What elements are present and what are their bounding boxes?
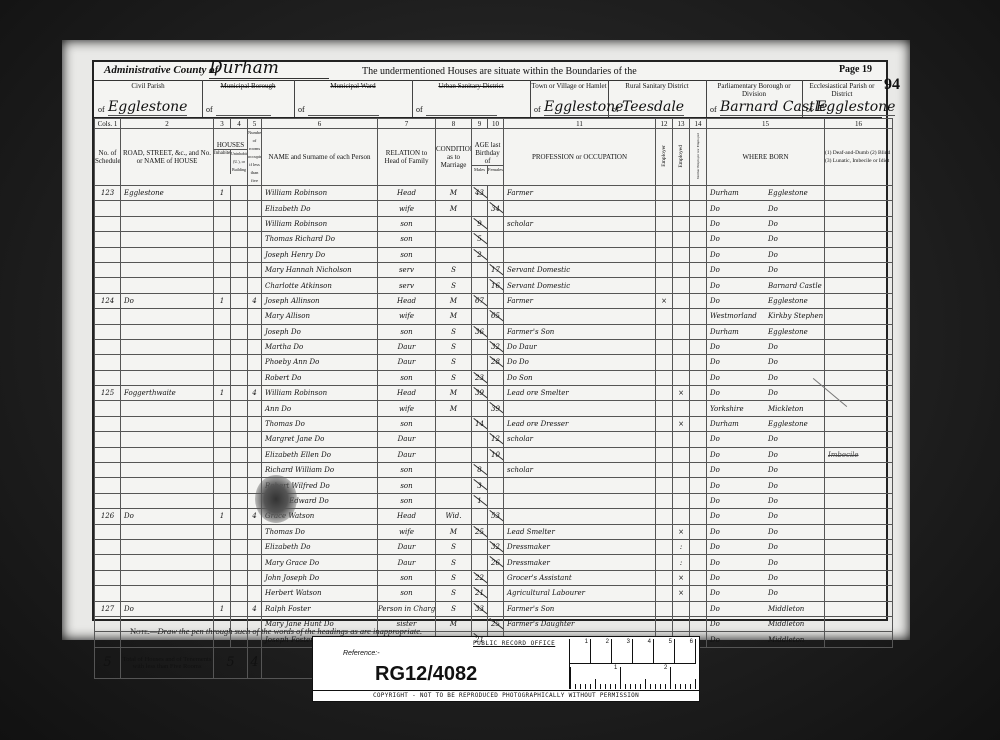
- birth-place: Do: [768, 512, 778, 520]
- birthplace: DoDo: [707, 539, 825, 554]
- male-age: [472, 555, 488, 570]
- relation: serv: [378, 278, 436, 293]
- record-office-label: PUBLIC RECORD OFFICE: [473, 640, 555, 647]
- relation: Daur: [378, 432, 436, 447]
- neither: [690, 309, 707, 324]
- schedule-number: [95, 524, 121, 539]
- male-age-value: 23: [475, 374, 484, 382]
- person-name: Martha Do: [262, 339, 378, 354]
- person-name: William Robinson: [262, 386, 378, 401]
- district-label: Parliamentary Borough or Division: [706, 82, 802, 98]
- female-age-value: 16: [491, 282, 500, 290]
- employer: [656, 416, 673, 431]
- ruler-cm-label: 2: [664, 665, 667, 671]
- district-of-label: of: [710, 105, 717, 114]
- ruler-inch-mark: 1: [570, 639, 591, 663]
- relation: son: [378, 586, 436, 601]
- infirmity: [825, 186, 893, 201]
- employed: [673, 247, 690, 262]
- birth-place: Do: [768, 497, 778, 505]
- infirmity: [825, 309, 893, 324]
- neither: [690, 493, 707, 508]
- uninhabited: [231, 386, 248, 401]
- ruler-tick: [625, 684, 626, 689]
- occupation: Lead Smelter: [504, 524, 656, 539]
- birthplace: DurhamEgglestone: [707, 186, 825, 201]
- ruler-tick: [600, 684, 601, 689]
- birth-county: Do: [710, 559, 768, 567]
- neither: [690, 201, 707, 216]
- column-number: 3: [214, 119, 231, 129]
- female-age: 25: [488, 616, 504, 631]
- rooms: [248, 524, 262, 539]
- infirmity: [825, 570, 893, 585]
- occupation: [504, 201, 656, 216]
- ruler-tick: [590, 684, 591, 689]
- inhabited: [214, 339, 231, 354]
- schedule-number: [95, 616, 121, 631]
- employer: [656, 324, 673, 339]
- condition: S: [436, 539, 472, 554]
- employed: [673, 216, 690, 231]
- table-row: Thomas Richard Doson5DoDo: [95, 232, 893, 247]
- birth-county: Do: [710, 543, 768, 551]
- employed: [673, 370, 690, 385]
- person-name: Elizabeth Ellen Do: [262, 447, 378, 462]
- road-name: [121, 570, 214, 585]
- schedule-number: 123: [95, 186, 121, 201]
- road-name: [121, 447, 214, 462]
- female-age: 53: [488, 509, 504, 524]
- male-age: [472, 539, 488, 554]
- ruler-tick: [630, 684, 631, 689]
- occupation: Dressmaker: [504, 539, 656, 554]
- road-name: [121, 216, 214, 231]
- birth-place: Middleton: [768, 636, 804, 644]
- condition: [436, 247, 472, 262]
- admin-county-label: Administrative County of: [104, 64, 218, 76]
- infirmity: [825, 463, 893, 478]
- uninhabited: [231, 232, 248, 247]
- female-age: 32: [488, 539, 504, 554]
- schedule-number: [95, 232, 121, 247]
- uninhabited: [231, 216, 248, 231]
- road-name: [121, 201, 214, 216]
- birthplace: DurhamEgglestone: [707, 324, 825, 339]
- occupation: Do Do: [504, 355, 656, 370]
- ruler-tick: [605, 684, 606, 689]
- infirmity: [825, 401, 893, 416]
- ruler-tick: [675, 684, 676, 689]
- person-name: Ralph Foster: [262, 601, 378, 616]
- female-age-value: 39: [491, 405, 500, 413]
- condition: S: [436, 570, 472, 585]
- table-row: 125Foggerthwaite14William RobinsonHeadM3…: [95, 386, 893, 401]
- inhabited: [214, 355, 231, 370]
- road-name: [121, 355, 214, 370]
- neither: [690, 570, 707, 585]
- district-label: Municipal Borough: [202, 82, 294, 90]
- occupation: [504, 309, 656, 324]
- birthplace: DoDo: [707, 201, 825, 216]
- male-age: 43: [472, 186, 488, 201]
- birthplace: DoDo: [707, 463, 825, 478]
- condition: [436, 447, 472, 462]
- condition: [436, 232, 472, 247]
- inhabited: [214, 586, 231, 601]
- column-number: 15: [707, 119, 825, 129]
- ruler-tick: [585, 684, 586, 689]
- female-age: [488, 386, 504, 401]
- birthplace: DoMiddleton: [707, 601, 825, 616]
- employed: [673, 401, 690, 416]
- condition: M: [436, 524, 472, 539]
- birth-place: Do: [768, 220, 778, 228]
- male-age: [472, 201, 488, 216]
- neither: [690, 616, 707, 631]
- male-age: 21: [472, 586, 488, 601]
- male-age: [472, 616, 488, 631]
- employed: [673, 463, 690, 478]
- male-age: [472, 509, 488, 524]
- birthplace: DoDo: [707, 370, 825, 385]
- occupation: Agricultural Labourer: [504, 586, 656, 601]
- occupation: Lead ore Smelter: [504, 386, 656, 401]
- birth-county: Do: [710, 282, 768, 290]
- male-age: 36: [472, 324, 488, 339]
- relation: Head: [378, 509, 436, 524]
- relation: son: [378, 247, 436, 262]
- male-age: 2: [472, 247, 488, 262]
- table-row: Thomas Doson14Lead ore Dresser×DurhamEgg…: [95, 416, 893, 431]
- employed: [673, 293, 690, 308]
- schedule-number: [95, 370, 121, 385]
- male-age: [472, 447, 488, 462]
- inhabited: [214, 370, 231, 385]
- uninhabited: [231, 447, 248, 462]
- heading-inhabited: Inhabited: [214, 150, 231, 174]
- birth-place: Egglestone: [768, 420, 808, 428]
- person-name: Elizabeth Do: [262, 539, 378, 554]
- heading-age: AGE last Birthday of Males Females: [472, 129, 504, 186]
- inhabited: [214, 216, 231, 231]
- uninhabited: [231, 293, 248, 308]
- person-name: William Robinson: [262, 216, 378, 231]
- birth-county: Westmorland: [710, 312, 768, 320]
- birth-place: Egglestone: [768, 328, 808, 336]
- employed: :: [673, 539, 690, 554]
- column-number: 12: [656, 119, 673, 129]
- table-row: Ann DowifeM39YorkshireMickleton: [95, 401, 893, 416]
- employed: [673, 278, 690, 293]
- condition: Wid.: [436, 509, 472, 524]
- column-headings-row: No. of Schedule ROAD, STREET, &c., and N…: [95, 129, 893, 186]
- rooms: [248, 586, 262, 601]
- rooms: [248, 262, 262, 277]
- condition: S: [436, 262, 472, 277]
- district-of-label: of: [806, 105, 813, 114]
- total-schedules: 5: [95, 647, 121, 678]
- road-name: Foggerthwaite: [121, 386, 214, 401]
- occupation: [504, 493, 656, 508]
- rooms: [248, 401, 262, 416]
- birth-place: Do: [768, 466, 778, 474]
- occupation: [504, 447, 656, 462]
- table-row: Martha DoDaurS32Do DaurDoDo: [95, 339, 893, 354]
- column-number: 8: [436, 119, 472, 129]
- road-name: [121, 232, 214, 247]
- rooms: 4: [248, 601, 262, 616]
- rooms: [248, 247, 262, 262]
- relation: son: [378, 232, 436, 247]
- birth-county: Durham: [710, 420, 768, 428]
- scale-ruler: 123456 12: [569, 639, 696, 689]
- heading-females: Females: [488, 166, 503, 174]
- occupation: Servant Domestic: [504, 262, 656, 277]
- rooms: [248, 570, 262, 585]
- uninhabited: [231, 463, 248, 478]
- schedule-number: [95, 247, 121, 262]
- neither: [690, 601, 707, 616]
- employer: [656, 478, 673, 493]
- employer: [656, 339, 673, 354]
- infirmity: [825, 324, 893, 339]
- road-name: [121, 247, 214, 262]
- neither: [690, 386, 707, 401]
- infirmity: [825, 632, 893, 647]
- occupation: Do Son: [504, 370, 656, 385]
- female-age: 17: [488, 262, 504, 277]
- condition: M: [436, 386, 472, 401]
- birth-place: Do: [768, 358, 778, 366]
- female-age-value: 32: [491, 343, 500, 351]
- table-row: Mary Grace DoDaurS26Dressmaker:DoDo: [95, 555, 893, 570]
- employer: [656, 493, 673, 508]
- birth-place: Do: [768, 589, 778, 597]
- occupation: [504, 232, 656, 247]
- occupation: Grocer's Assistant: [504, 570, 656, 585]
- uninhabited: [231, 493, 248, 508]
- table-row: Joseph DosonS36Farmer's SonDurhamEgglest…: [95, 324, 893, 339]
- road-name: [121, 586, 214, 601]
- occupation: Farmer: [504, 293, 656, 308]
- birth-county: Do: [710, 512, 768, 520]
- occupation: Farmer's Son: [504, 324, 656, 339]
- neither: [690, 447, 707, 462]
- birth-county: Do: [710, 636, 768, 644]
- rooms: [248, 186, 262, 201]
- birth-county: Do: [710, 574, 768, 582]
- note-text: —Draw the pen through such of the words …: [150, 626, 422, 636]
- heading-born: WHERE BORN: [707, 129, 825, 186]
- condition: S: [436, 586, 472, 601]
- birthplace: WestmorlandKirkby Stephen: [707, 309, 825, 324]
- district-6: Parliamentary Borough or DivisionofBarna…: [706, 80, 803, 117]
- birth-place: Do: [768, 389, 778, 397]
- column-number: 13: [673, 119, 690, 129]
- female-age: [488, 570, 504, 585]
- birthplace: DoDo: [707, 586, 825, 601]
- birth-county: Do: [710, 605, 768, 613]
- birth-county: Do: [710, 374, 768, 382]
- neither: [690, 324, 707, 339]
- occupation: scholar: [504, 216, 656, 231]
- employed: ×: [673, 586, 690, 601]
- table-row: Mary Hannah NicholsonservS17Servant Dome…: [95, 262, 893, 277]
- ruler-tick: [615, 684, 616, 689]
- table-row: 126Do14Grace WatsonHeadWid.53DoDo: [95, 509, 893, 524]
- column-number: 11: [504, 119, 656, 129]
- infirmity: [825, 293, 893, 308]
- infirmity: [825, 493, 893, 508]
- female-age: [488, 247, 504, 262]
- ruler-inch-mark: 6: [675, 639, 696, 663]
- district-of-label: of: [612, 105, 619, 114]
- infirmity: [825, 201, 893, 216]
- infirmity: [825, 416, 893, 431]
- birth-place: Mickleton: [768, 405, 804, 413]
- neither: [690, 186, 707, 201]
- employer: [656, 355, 673, 370]
- female-age-value: 34: [491, 205, 500, 213]
- total-houses-label: Total of Houses and of Tenements with le…: [121, 647, 214, 678]
- employer: [656, 509, 673, 524]
- schedule-number: [95, 539, 121, 554]
- female-age: 32: [488, 339, 504, 354]
- birthplace: DoDo: [707, 339, 825, 354]
- neither: [690, 370, 707, 385]
- employer: [656, 186, 673, 201]
- neither: [690, 401, 707, 416]
- road-name: [121, 309, 214, 324]
- relation: Head: [378, 293, 436, 308]
- female-age: [488, 463, 504, 478]
- column-number: 7: [378, 119, 436, 129]
- inhabited: [214, 232, 231, 247]
- rooms: [248, 416, 262, 431]
- neither: [690, 247, 707, 262]
- uninhabited: [231, 247, 248, 262]
- person-name: Mary Grace Do: [262, 555, 378, 570]
- male-age: 22: [472, 570, 488, 585]
- occupation: [504, 247, 656, 262]
- district-label: Ecclesiastical Parish or District: [802, 82, 882, 98]
- rooms: [248, 339, 262, 354]
- male-age-value: 67: [475, 297, 484, 305]
- table-row: Elizabeth DoDaurS32Dressmaker:DoDo: [95, 539, 893, 554]
- page-number: Page 19: [839, 64, 872, 75]
- schedule-number: [95, 432, 121, 447]
- male-age-value: 1: [477, 497, 481, 505]
- schedule-number: [95, 447, 121, 462]
- person-name: Margret Jane Do: [262, 432, 378, 447]
- copyright-notice: COPYRIGHT - NOT TO BE REPRODUCED PHOTOGR…: [313, 690, 699, 701]
- district-of-label: of: [534, 105, 541, 114]
- district-7: Ecclesiastical Parish or DistrictofEggle…: [802, 80, 882, 117]
- ruler-tick: [635, 684, 636, 689]
- female-age: [488, 416, 504, 431]
- birth-county: Do: [710, 343, 768, 351]
- male-age: 8: [472, 463, 488, 478]
- female-age: [488, 232, 504, 247]
- employed: [673, 324, 690, 339]
- uninhabited: [231, 478, 248, 493]
- folio-number: 94: [884, 76, 900, 94]
- ruler-tick: [665, 684, 666, 689]
- district-2: Municipal Wardof: [294, 80, 413, 117]
- archive-reference-stamp: PUBLIC RECORD OFFICE Reference:- RG12/40…: [312, 636, 700, 702]
- male-age-value: 3: [477, 482, 481, 490]
- schedule-number: [95, 401, 121, 416]
- inhabited: [214, 416, 231, 431]
- female-age: [488, 601, 504, 616]
- condition: S: [436, 601, 472, 616]
- table-row: Elizabeth Ellen DoDaur10DoDoImbecile: [95, 447, 893, 462]
- female-age: 65: [488, 309, 504, 324]
- road-name: [121, 262, 214, 277]
- male-age-value: 25: [475, 528, 484, 536]
- employed: ×: [673, 386, 690, 401]
- birth-place: Egglestone: [768, 189, 808, 197]
- employed: [673, 201, 690, 216]
- ruler-tick: [645, 679, 646, 689]
- rooms: [248, 539, 262, 554]
- table-row: Margret Jane DoDaur12scholarDoDo: [95, 432, 893, 447]
- heading-uninhabited: Uninhabited (U.), or Building (B.): [231, 150, 247, 174]
- column-number: 2: [121, 119, 214, 129]
- ruler-tick: [620, 667, 621, 689]
- male-age: 1: [472, 493, 488, 508]
- heading-occupation: PROFESSION or OCCUPATION: [504, 129, 656, 186]
- note-prefix: Note.: [130, 626, 150, 636]
- male-age: [472, 432, 488, 447]
- inhabited: [214, 262, 231, 277]
- road-name: [121, 524, 214, 539]
- uninhabited: [231, 262, 248, 277]
- male-age-value: 2: [477, 251, 481, 259]
- condition: M: [436, 186, 472, 201]
- neither: [690, 463, 707, 478]
- district-label: Civil Parish: [94, 82, 202, 90]
- uninhabited: [231, 324, 248, 339]
- uninhabited: [231, 201, 248, 216]
- birth-county: Do: [710, 358, 768, 366]
- rooms: [248, 324, 262, 339]
- neither: [690, 524, 707, 539]
- ruler-inch-mark: 2: [591, 639, 612, 663]
- occupation: Servant Domestic: [504, 278, 656, 293]
- employer: [656, 555, 673, 570]
- infirmity: [825, 555, 893, 570]
- female-age: [488, 293, 504, 308]
- ruler-tick: [580, 684, 581, 689]
- road-name: Do: [121, 509, 214, 524]
- table-row: Mary AllisonwifeM65WestmorlandKirkby Ste…: [95, 309, 893, 324]
- ruler-inches: 123456: [570, 639, 696, 664]
- road-name: [121, 555, 214, 570]
- infirmity: [825, 339, 893, 354]
- relation: son: [378, 370, 436, 385]
- condition: M: [436, 616, 472, 631]
- ruler-tick: [690, 684, 691, 689]
- total-rooms: 4: [248, 647, 262, 678]
- infirmity: [825, 616, 893, 631]
- ruler-inch-mark: 3: [612, 639, 633, 663]
- female-age-value: 10: [491, 451, 500, 459]
- birth-place: Do: [768, 574, 778, 582]
- occupation: Dressmaker: [504, 555, 656, 570]
- person-name: Charlotte Atkinson: [262, 278, 378, 293]
